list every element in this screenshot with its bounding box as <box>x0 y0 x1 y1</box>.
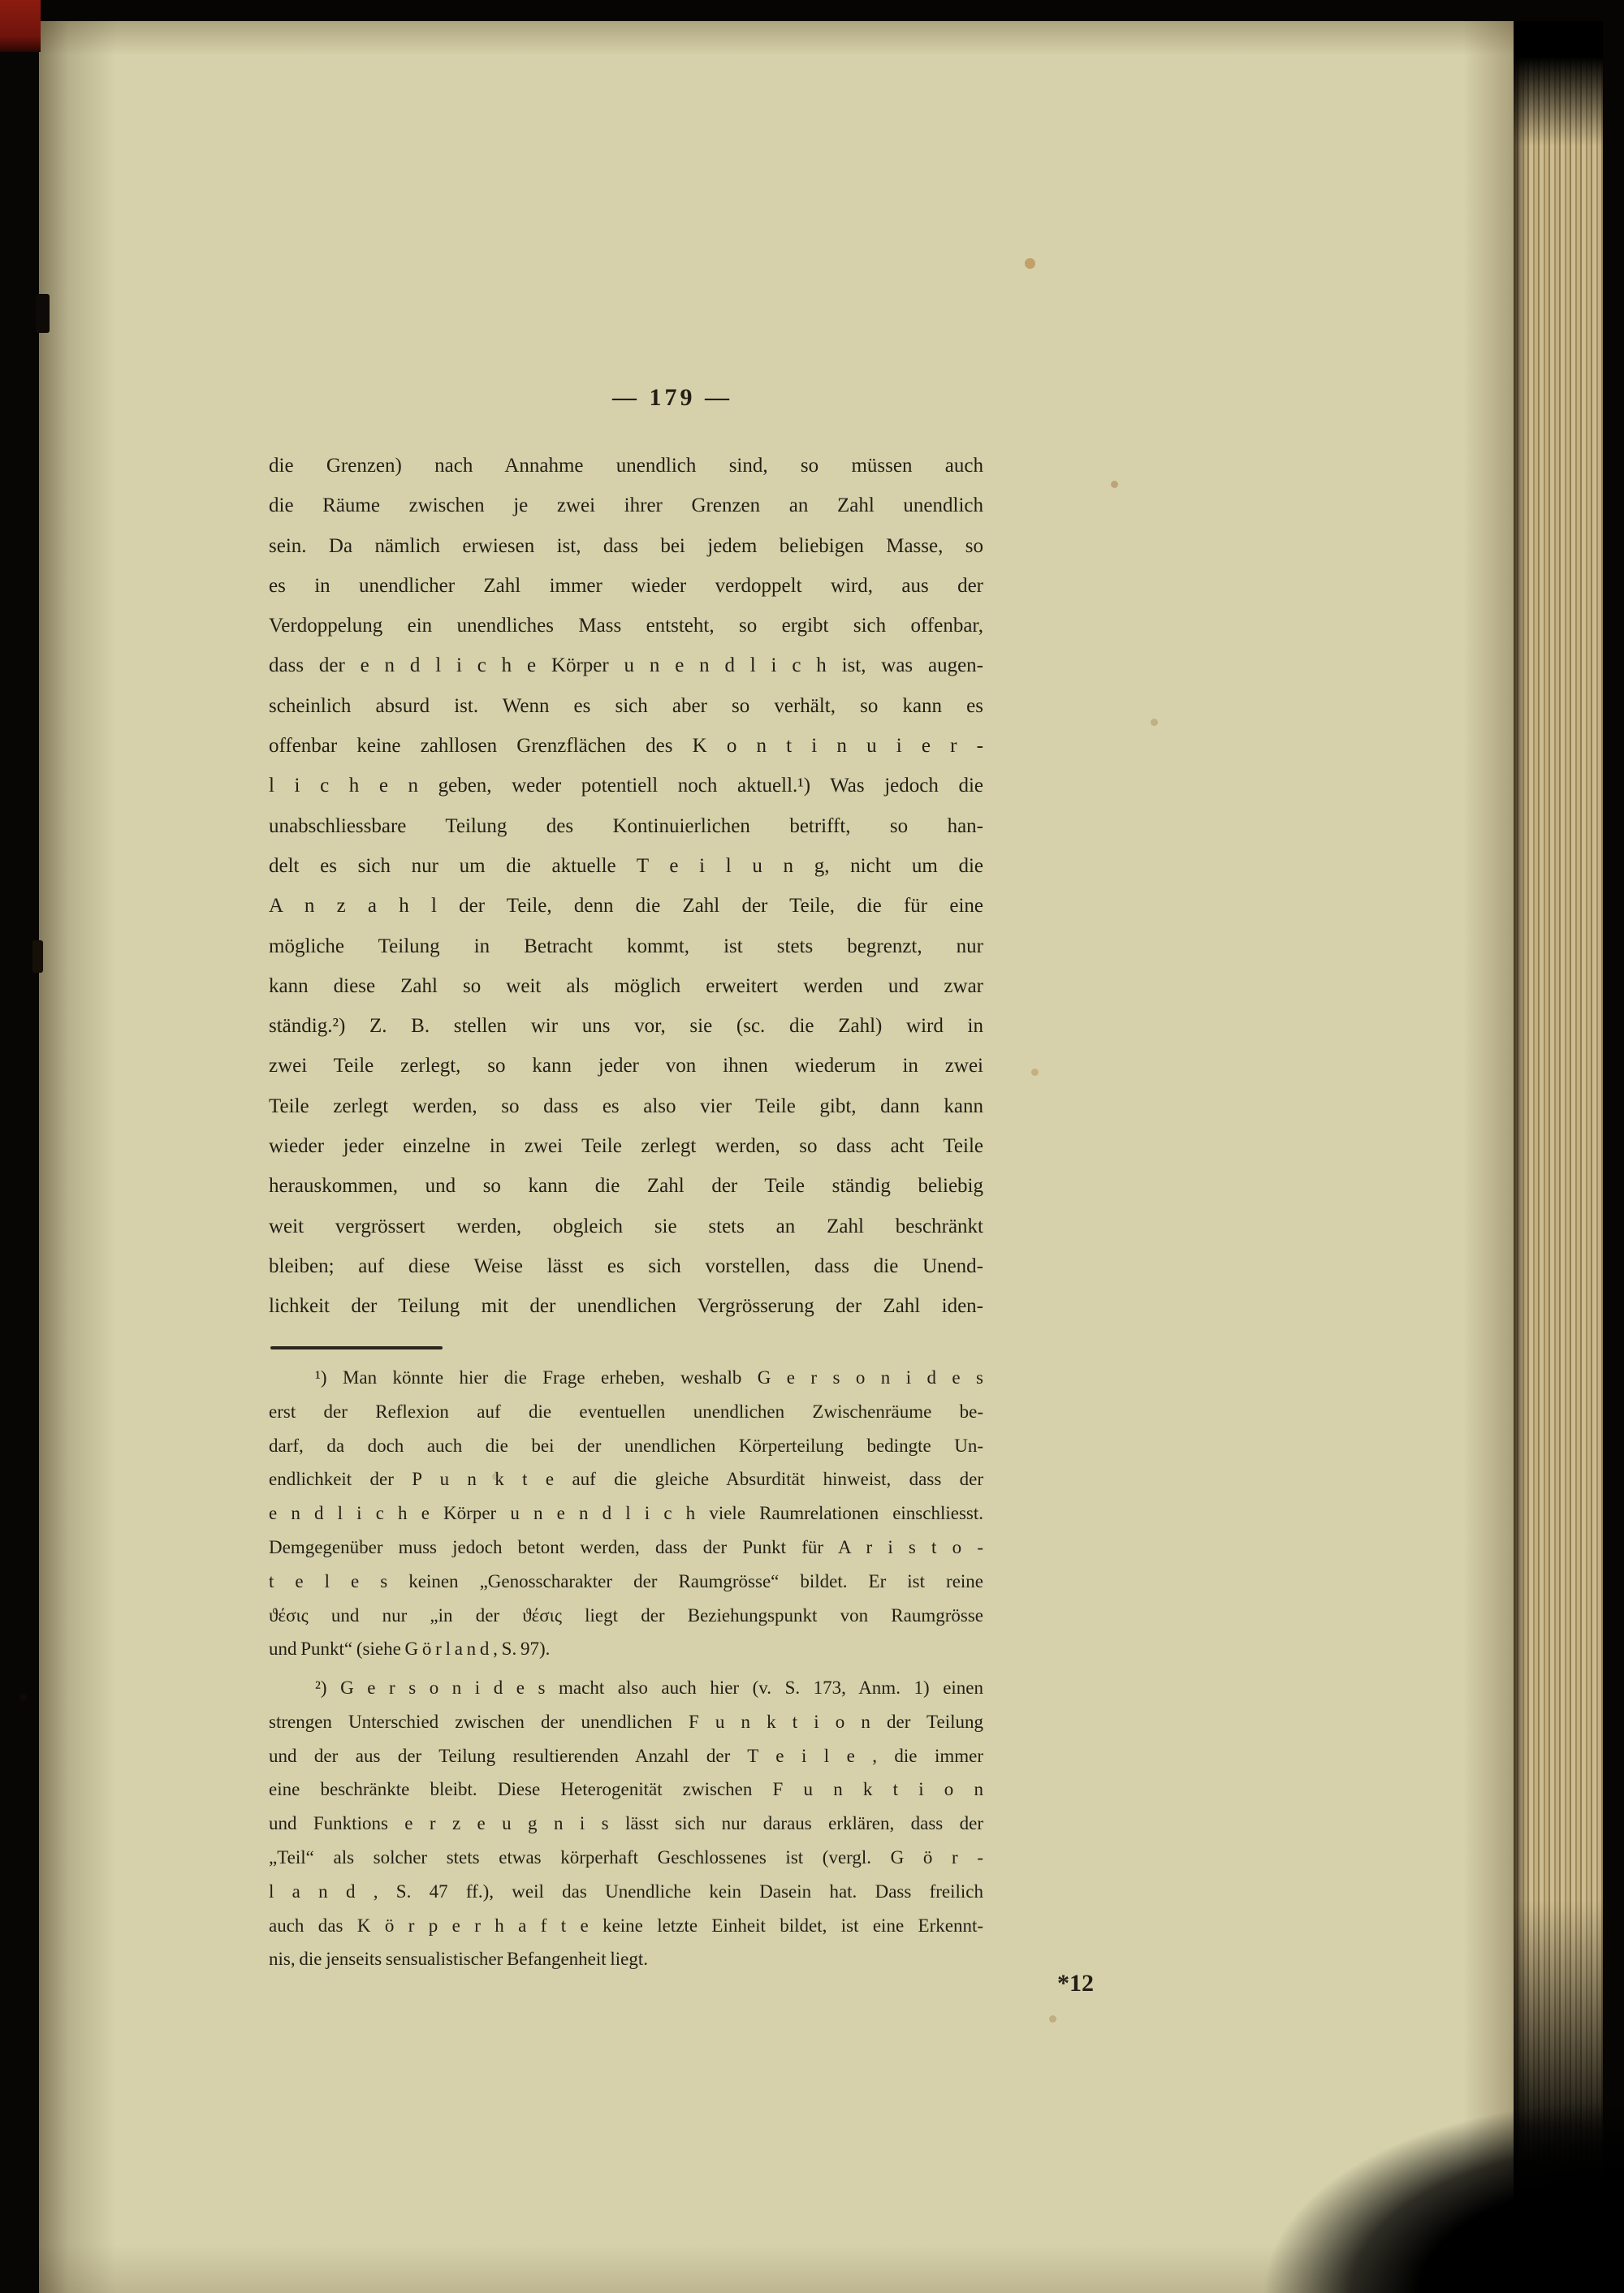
text-line: eine beschränkte bleibt. Diese Heterogen… <box>269 1773 983 1807</box>
text-line: und Punkt“ (siehe G ö r l a n d , S. 97)… <box>269 1632 983 1666</box>
text-line: zwei Teile zerlegt, so kann jeder von ih… <box>269 1046 983 1086</box>
main-text: die Grenzen) nach Annahme unendlich sind… <box>269 446 983 1327</box>
text-line: ständig.²) Z. B. stellen wir uns vor, si… <box>269 1006 983 1046</box>
signature-mark: *12 <box>1057 1970 1094 1997</box>
text-line: l i c h e n geben, weder potentiell noch… <box>269 766 983 805</box>
text-line: darf, da doch auch die bei der unendlich… <box>269 1429 983 1463</box>
text-line: dass der e n d l i c h e Körper u n e n … <box>269 646 983 685</box>
text-line: sein. Da nämlich erwiesen ist, dass bei … <box>269 526 983 566</box>
text-line: strengen Unterschied zwischen der unendl… <box>269 1705 983 1739</box>
text-line: herauskommen, und so kann die Zahl der T… <box>269 1166 983 1206</box>
text-line: Teile zerlegt werden, so dass es also vi… <box>269 1086 983 1126</box>
text-line: ¹) Man könnte hier die Frage erheben, we… <box>269 1361 983 1395</box>
text-line: „Teil“ als solcher stets etwas körperhaf… <box>269 1841 983 1875</box>
text-line: l a n d , S. 47 ff.), weil das Unendlich… <box>269 1875 983 1909</box>
scanned-book-photo: — 179 — die Grenzen) nach Annahme unendl… <box>0 0 1624 2293</box>
edge-mark <box>19 1694 27 1701</box>
text-line: nis, die jenseits sensualistischer Befan… <box>269 1942 983 1976</box>
text-line: bleiben; auf diese Weise lässt es sich v… <box>269 1246 983 1286</box>
text-line: lichkeit der Teilung mit der unendlichen… <box>269 1286 983 1326</box>
footnote-2: ²) G e r s o n i d e s macht also auch h… <box>269 1671 983 1976</box>
text-line: mögliche Teilung in Betracht kommt, ist … <box>269 926 983 966</box>
text-line: scheinlich absurd ist. Wenn es sich aber… <box>269 686 983 726</box>
text-line: e n d l i c h e Körper u n e n d l i c h… <box>269 1496 983 1531</box>
text-line: ϑέσις und nur „in der ϑέσις liegt der Be… <box>269 1599 983 1633</box>
text-line: offenbar keine zahllosen Grenzflächen de… <box>269 726 983 766</box>
text-line: kann diese Zahl so weit als möglich erwe… <box>269 966 983 1006</box>
page-number: — 179 — <box>551 384 794 412</box>
text-line: wieder jeder einzelne in zwei Teile zerl… <box>269 1126 983 1166</box>
text-line: unabschliessbare Teilung des Kontinuierl… <box>269 806 983 846</box>
text-line: auch das K ö r p e r h a f t e keine let… <box>269 1909 983 1943</box>
text-line: t e l e s keinen „Genosscharakter der Ra… <box>269 1565 983 1599</box>
footnote-1: ¹) Man könnte hier die Frage erheben, we… <box>269 1361 983 1666</box>
text-line: delt es sich nur um die aktuelle T e i l… <box>269 846 983 886</box>
text-line: A n z a h l der Teile, denn die Zahl der… <box>269 886 983 926</box>
text-line: Demgegenüber muss jedoch betont werden, … <box>269 1531 983 1565</box>
shadow-corner <box>1137 2033 1624 2293</box>
footnote-separator <box>270 1346 443 1349</box>
text-line: ²) G e r s o n i d e s macht also auch h… <box>269 1671 983 1705</box>
text-line: die Räume zwischen je zwei ihrer Grenzen… <box>269 486 983 525</box>
text-line: endlichkeit der P u n k t e auf die glei… <box>269 1462 983 1496</box>
text-line: Verdoppelung ein unendliches Mass entste… <box>269 606 983 646</box>
text-line: erst der Reflexion auf die eventuellen u… <box>269 1395 983 1429</box>
background-top <box>41 0 1624 21</box>
edge-mark <box>32 940 43 973</box>
edge-mark <box>36 294 50 333</box>
background-right <box>1603 0 1624 2293</box>
page-fore-edge <box>1514 0 1605 2293</box>
text-line: und der aus der Teilung resultierenden A… <box>269 1739 983 1773</box>
text-line: weit vergrössert werden, obgleich sie st… <box>269 1207 983 1246</box>
book-cover-corner <box>0 0 41 52</box>
book-page: — 179 — die Grenzen) nach Annahme unendl… <box>39 21 1520 2293</box>
text-line: und Funktions e r z e u g n i s lässt si… <box>269 1807 983 1841</box>
text-line: es in unendlicher Zahl immer wieder verd… <box>269 566 983 606</box>
text-line: die Grenzen) nach Annahme unendlich sind… <box>269 446 983 486</box>
